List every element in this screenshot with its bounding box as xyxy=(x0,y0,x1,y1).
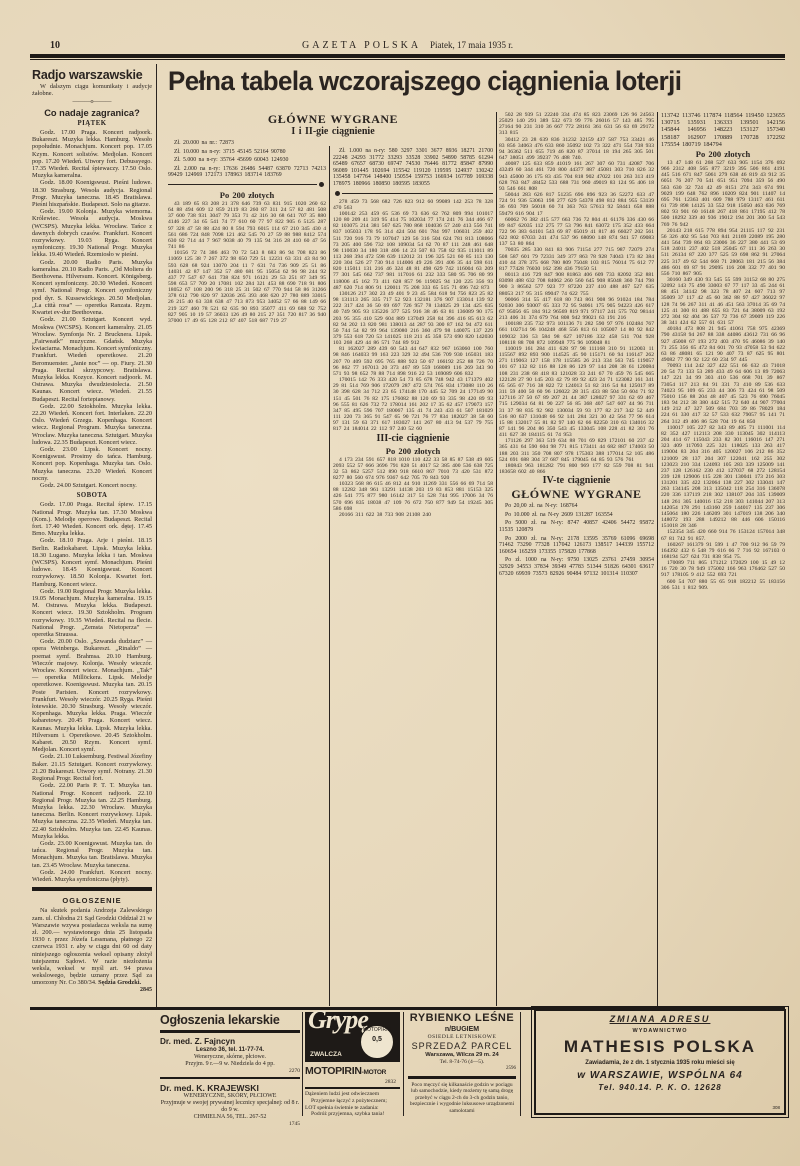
schedule-paragraph: Godz. 23.00 Lipsk. Koncert nocny. Koenig… xyxy=(32,446,152,482)
ad-bar xyxy=(305,1087,400,1089)
schedule-paragraph: Godz. 17.00 Praga. Koncert radjoork. Buk… xyxy=(32,129,152,179)
number-list: 80113 416 729 847 908 81863 406 609 733 … xyxy=(499,272,654,297)
ad-script-text: Grypę xyxy=(308,1005,368,1035)
number-list: 30412 23 28 639 836 31232 32159 437 587 … xyxy=(499,137,654,162)
poem-line: Podróż przyjemna, szybka tania! xyxy=(305,1111,400,1118)
number-list: 171126 297 363 519 634 88 701 69 829 172… xyxy=(499,438,654,463)
motopirin-brand: MOTOPIRIN-MOTOR xyxy=(305,1065,386,1077)
newspaper-title: GAZETA POLSKA xyxy=(302,40,420,51)
schedule-paragraph: Godz. 21.00 Sztutgart. Koncert wyd. Mosk… xyxy=(32,316,152,402)
poem-line: LOT spełnia świetnie te zadania: xyxy=(305,1105,400,1112)
ad-ref: 308 xyxy=(772,1105,780,1110)
doctor-hours: Przyjmuje w swojej prywatnej lecznicy sp… xyxy=(160,1100,300,1114)
dot-divider xyxy=(168,182,326,187)
prize-line: Zł. 1.000 na n-ry: 580 3297 3301 3677 89… xyxy=(333,148,493,188)
schedule-paragraph: Godz. 22.00 Paris P. T. T. Muzyka tan. N… xyxy=(32,782,152,840)
rybienko-line1: OSIEDLE LETNISKOWE xyxy=(408,1034,516,1041)
notice-ref: 2845 xyxy=(32,987,152,994)
number-list: 600 54 707 880 55 65 918 182212 55 18315… xyxy=(661,579,785,591)
brand-suffix: -MOTOR xyxy=(362,1069,386,1076)
day-heading-saturday: SOBOTA xyxy=(32,492,152,499)
ad-bar xyxy=(408,1076,516,1079)
notice-signature: Sędzia Grodzki. xyxy=(98,979,141,986)
column-divider xyxy=(156,64,157,1007)
publisher-label: WYDAWNICTWO xyxy=(536,1028,784,1034)
radio-column: Radjo warszawskie W dalszym ciągu komuni… xyxy=(32,66,152,994)
phone-pko: Tel. 940.14. P. K. O. 12628 xyxy=(536,1083,784,1092)
doctor-specialty: Weneryczne, skórne, płciowe. xyxy=(160,1054,300,1061)
column-divider xyxy=(302,1012,303,1116)
column-divider xyxy=(496,112,497,1006)
address-notice: Zawiadamia, że z dn. 1 stycznia 1935 rok… xyxy=(536,1060,784,1067)
masthead: 10 GAZETA POLSKA Piatek, 17 maia 1935 r. xyxy=(30,40,785,54)
number-list: 160267 161379 91 599 1 47 700 912 96 59 … xyxy=(661,542,785,560)
number-list: 90066 314 55 417 618 80 743 861 908 96 9… xyxy=(499,297,654,322)
prize-line: Po 20,00 zł. na N-ry: 168764 xyxy=(499,503,654,510)
masthead-title-line: GAZETA POLSKA Piatek, 17 maia 1935 r. xyxy=(30,40,785,51)
ad-ref: 2832 xyxy=(385,1079,396,1085)
number-list: 60062 76 382 415 577 663 736 72 804 41 6… xyxy=(499,217,654,248)
schedule-paragraph: Godz. 18.10 Praga. Arje i pieśni. 18.15 … xyxy=(32,537,152,587)
badge-bottom-text: 0,5 xyxy=(361,1035,393,1044)
schedule-paragraph: Godz. 20.00 Oslo. „Szwanda dudziarz” — o… xyxy=(32,638,152,753)
number-list: 70093 114 242 327 422 551 66 632 43 7101… xyxy=(661,363,785,425)
number-list: 30160 349 430 93 545 55 599 31152 68 80 … xyxy=(661,277,785,326)
number-list: 170015 142 76 333 420 54 73 85 678 748 9… xyxy=(333,377,493,432)
notice-body: Na skutek podania Andrzeja Zalewskiego z… xyxy=(32,907,152,986)
radio-intro: W dalszym ciągu komunikaty i audycje żał… xyxy=(32,83,152,97)
draw-3-header: III-cie ciągnienie xyxy=(333,433,493,445)
number-list: 70035 285 330 841 83 906 71154 277 715 9… xyxy=(499,247,654,272)
main-prizes-header: GŁÓWNE WYGRANE xyxy=(168,112,498,126)
poem-line: Dążeniem ludzi jest odwiecznem xyxy=(305,1091,400,1098)
number-list: 152354 345 420 660 914 76 153124 157014 … xyxy=(661,529,785,541)
number-list: 180843 963 181282 791 800 969 177 82 559… xyxy=(499,463,654,475)
rybienko-ad: RYBIENKO LEŚNE n/BUGIEM OSIEDLE LETNISKO… xyxy=(408,1012,516,1071)
number-list: 13 47 148 61 268 527 633 905 1154 376 69… xyxy=(661,160,785,228)
schedule-paragraph: Godz. 21.10 Luksemburg. Festiwal Józefin… xyxy=(32,753,152,782)
column-divider xyxy=(520,1012,521,1116)
section-divider-bar xyxy=(32,887,152,891)
column-divider xyxy=(403,1012,404,1116)
rybienko-subtitle: n/BUGIEM xyxy=(408,1025,516,1034)
badge-top-text: MOTOPIRIN xyxy=(361,1026,393,1035)
number-list: 10323 568 86 615 46 812 44 910 11269 331… xyxy=(333,481,493,512)
schedule-paragraph: Godz. 24.00 Sztutgart. Koncert nocny. xyxy=(32,482,152,489)
prize-line: Po 10.000 zł. na N-ry 2609 131287 163554 xyxy=(499,512,654,519)
schedule-paragraph: Godz. 18.00 Koenigswust. Pieśni ludowe. … xyxy=(32,179,152,208)
medical-ads-title: Ogłoszenia lekarskie xyxy=(160,1012,300,1028)
newspaper-page: 10 GAZETA POLSKA Piatek, 17 maia 1935 r.… xyxy=(0,0,800,1166)
doctor-address: Leszno 36, tel. 11-77-74. xyxy=(160,1047,300,1054)
prize-line: Zł. 5.000 na n-ry: 35764 45699 60043 124… xyxy=(168,157,326,164)
rybienko-line2: SPRZEDAŻ PARCEL xyxy=(408,1041,516,1052)
ad-bar xyxy=(160,1030,300,1033)
column-divider xyxy=(657,112,658,1006)
prize-line: Po 2000 zł. na N-ry: 2178 13595 35769 61… xyxy=(499,536,654,556)
number-list: 130126 217 302 23 49 401 9 23 45 584 618… xyxy=(333,291,493,346)
schedule-paragraph: Godz. 22.00 Sztokholm. Muzyka lekka. 22.… xyxy=(32,403,152,446)
schedule-paragraph: Godz. 23.00 Koenigswust. Muzyka tan. do … xyxy=(32,840,152,869)
day-heading-friday: PIĄTEK xyxy=(32,120,152,127)
number-list: 4 173 234 591 657 818 1010 110 422 33 58… xyxy=(333,457,493,482)
lottery-column-2: Zł. 1.000 na n-ry: 580 3297 3301 3677 89… xyxy=(333,146,493,518)
doctor-hours: Przyjm. 9 r.—9 w. Niedziela do 4 pp. xyxy=(160,1061,300,1068)
column-divider xyxy=(329,146,330,1006)
ad-ref: 2596 xyxy=(408,1066,516,1071)
ad-zwalcza: ZWALCZA xyxy=(310,1051,342,1058)
number-list: 81 162027 289 439 60 543 44 647 832 967 … xyxy=(333,346,493,377)
number-list: 43 189 65 83 208 21 378 646 739 63 831 9… xyxy=(168,201,326,250)
po200-header: Po 200 złotych xyxy=(333,446,493,456)
issue-date: Piatek, 17 maia 1935 r. xyxy=(430,40,513,50)
doctor-name: Dr. med. Z. Fajncyn xyxy=(160,1037,300,1047)
brand-name: MOTOPIRIN xyxy=(305,1065,362,1077)
dot-divider xyxy=(333,191,493,196)
main-headline: Pełna tabela wczorajszego ciągnienia lot… xyxy=(168,64,760,98)
schedule-paragraph: Godz. 24.00 Frankfurt. Koncert nocny. Wi… xyxy=(32,869,152,883)
radio-section-title: Radjo warszawskie xyxy=(32,68,152,83)
ornament-divider: ———o——— xyxy=(32,99,152,106)
number-list: 100142 253 459 65 536 69 73 636 62 762 8… xyxy=(333,211,493,291)
number-list: 50044 283 626 817 51235 696 896 923 36 5… xyxy=(499,192,654,217)
schedule-paragraph: Godz. 17.00 Praga. Recital śpiew. 17.15 … xyxy=(32,501,152,537)
prize-line: Zł. 10.000 na n-ry: 3715 45145 52164 907… xyxy=(168,149,326,156)
number-list: 278 459 73 568 682 726 823 912 60 99089 … xyxy=(333,199,493,211)
number-list: 20166 311 622 38 733 908 21108 240 xyxy=(333,512,493,518)
ad-ref: 1745 xyxy=(160,1121,300,1128)
number-list: 170089 711 865 171212 172029 100 15 49 1… xyxy=(661,560,785,578)
number-list: 40184 473 808 21 945 41061 758 975 42369… xyxy=(661,326,785,363)
number-list: 100188 235 732 973 101136 71 282 590 97 … xyxy=(499,321,654,346)
lottery-column-1: GŁÓWNE WYGRANE I i II-gie ciągnienie Zł.… xyxy=(168,112,326,324)
prize-line: Po 5000 zł. na N-ry: 8747 40857 42406 54… xyxy=(499,520,654,533)
lot-poem: Dążeniem ludzi jest odwiecznem Przyjemne… xyxy=(305,1091,400,1118)
draw-1-2-header: I i II-gie ciągnienie xyxy=(168,126,498,138)
prize-line: Zł. 2.000 na n-ry: 17636 26486 54487 638… xyxy=(168,166,326,179)
address-change-header: ZMIANA ADRESU xyxy=(536,1014,784,1024)
rybienko-tel: Tel. 8-74-76 (4—5). xyxy=(408,1059,516,1066)
po200-header: Po 200 złotych xyxy=(168,190,326,200)
doctor-specialty: WENERYCZNE, SKÓRY, PŁCIOWE xyxy=(160,1093,300,1100)
masthead-rule-thin xyxy=(30,59,785,60)
notice-title: OGŁOSZENIE xyxy=(32,897,152,904)
medical-ads: Ogłoszenia lekarskie Dr. med. Z. Fajncyn… xyxy=(160,1012,300,1128)
number-list: 110017 105 227 82 343 89 405 71 111001 1… xyxy=(661,425,785,530)
number-list: 113742 113746 117874 118564 119450 12365… xyxy=(661,112,785,148)
motopirin-badge-icon: MOTOPIRIN 0,5 xyxy=(360,1025,394,1059)
schedule-paragraph: Godz. 19.00 Kolonja. Muzyka wiemorna. Kr… xyxy=(32,208,152,258)
lottery-column-3: 502 28 939 51 22240 334 474 85 823 23069… xyxy=(499,112,654,579)
draw-4-header: IV-te ciągnienie xyxy=(499,475,654,487)
number-list: 502 28 939 51 22240 334 474 85 823 23069… xyxy=(499,112,654,137)
ad-ref: 2270 xyxy=(160,1068,300,1075)
mathesis-ad: ZMIANA ADRESU WYDAWNICTWO MATHESIS POLSK… xyxy=(534,1009,786,1115)
lottery-column-4: 113742 113746 117874 118564 119450 12365… xyxy=(661,112,785,591)
ad-bar xyxy=(160,1077,300,1079)
rybienko-address: Warszawa, Wilcza 29 m. 24 xyxy=(408,1052,516,1059)
new-address: w WARSZAWIE, WSPÓLNA 64 xyxy=(536,1070,784,1081)
schedule-paragraph: Godz. 19.00 Regional Progr. Muzyka lekka… xyxy=(32,588,152,638)
number-list: 40087 125 633 859 41019 161 267 307 60 7… xyxy=(499,161,654,192)
doctor-name: Dr. med. K. KRAJEWSKI xyxy=(160,1083,300,1093)
notice-text: Na skutek podania Andrzeja Zalewskiego z… xyxy=(32,907,152,986)
number-list: 110019 161 284 411 628 97 98 111168 310 … xyxy=(499,346,654,438)
number-list: 10156 72 74 386 463 70 72 543 8 683 86 9… xyxy=(168,250,326,324)
doctor-address: CHMIELNA 56, TEL. 267-52 xyxy=(160,1114,300,1121)
publisher-name: MATHESIS POLSKA xyxy=(536,1037,784,1057)
prize-line: Zł. 20.000 na nr.: 72873 xyxy=(168,140,326,147)
draw-4-main-header: GŁÓWNE WYGRANE xyxy=(499,487,654,501)
poem-line: Przyjemne łączyć z pożytecznem; xyxy=(305,1098,400,1105)
lot-airline-ad: Poco męczyć się kilkanaście godzin w poc… xyxy=(408,1082,516,1114)
po200-header: Po 200 złotych xyxy=(661,149,785,159)
prize-line: Po zł. 1000 na N-ry: 9750 13025 23761 27… xyxy=(499,557,654,577)
number-list: 20143 218 615 778 894 954 21115 117 92 2… xyxy=(661,228,785,277)
rybienko-title: RYBIENKO LEŚNE xyxy=(408,1012,516,1025)
schedule-paragraph: Godz. 20.00 Radio Paris. Muzyka kameraln… xyxy=(32,259,152,317)
masthead-rule xyxy=(30,54,785,58)
foreign-radio-title: Co nadaje zagranica? xyxy=(32,110,152,117)
